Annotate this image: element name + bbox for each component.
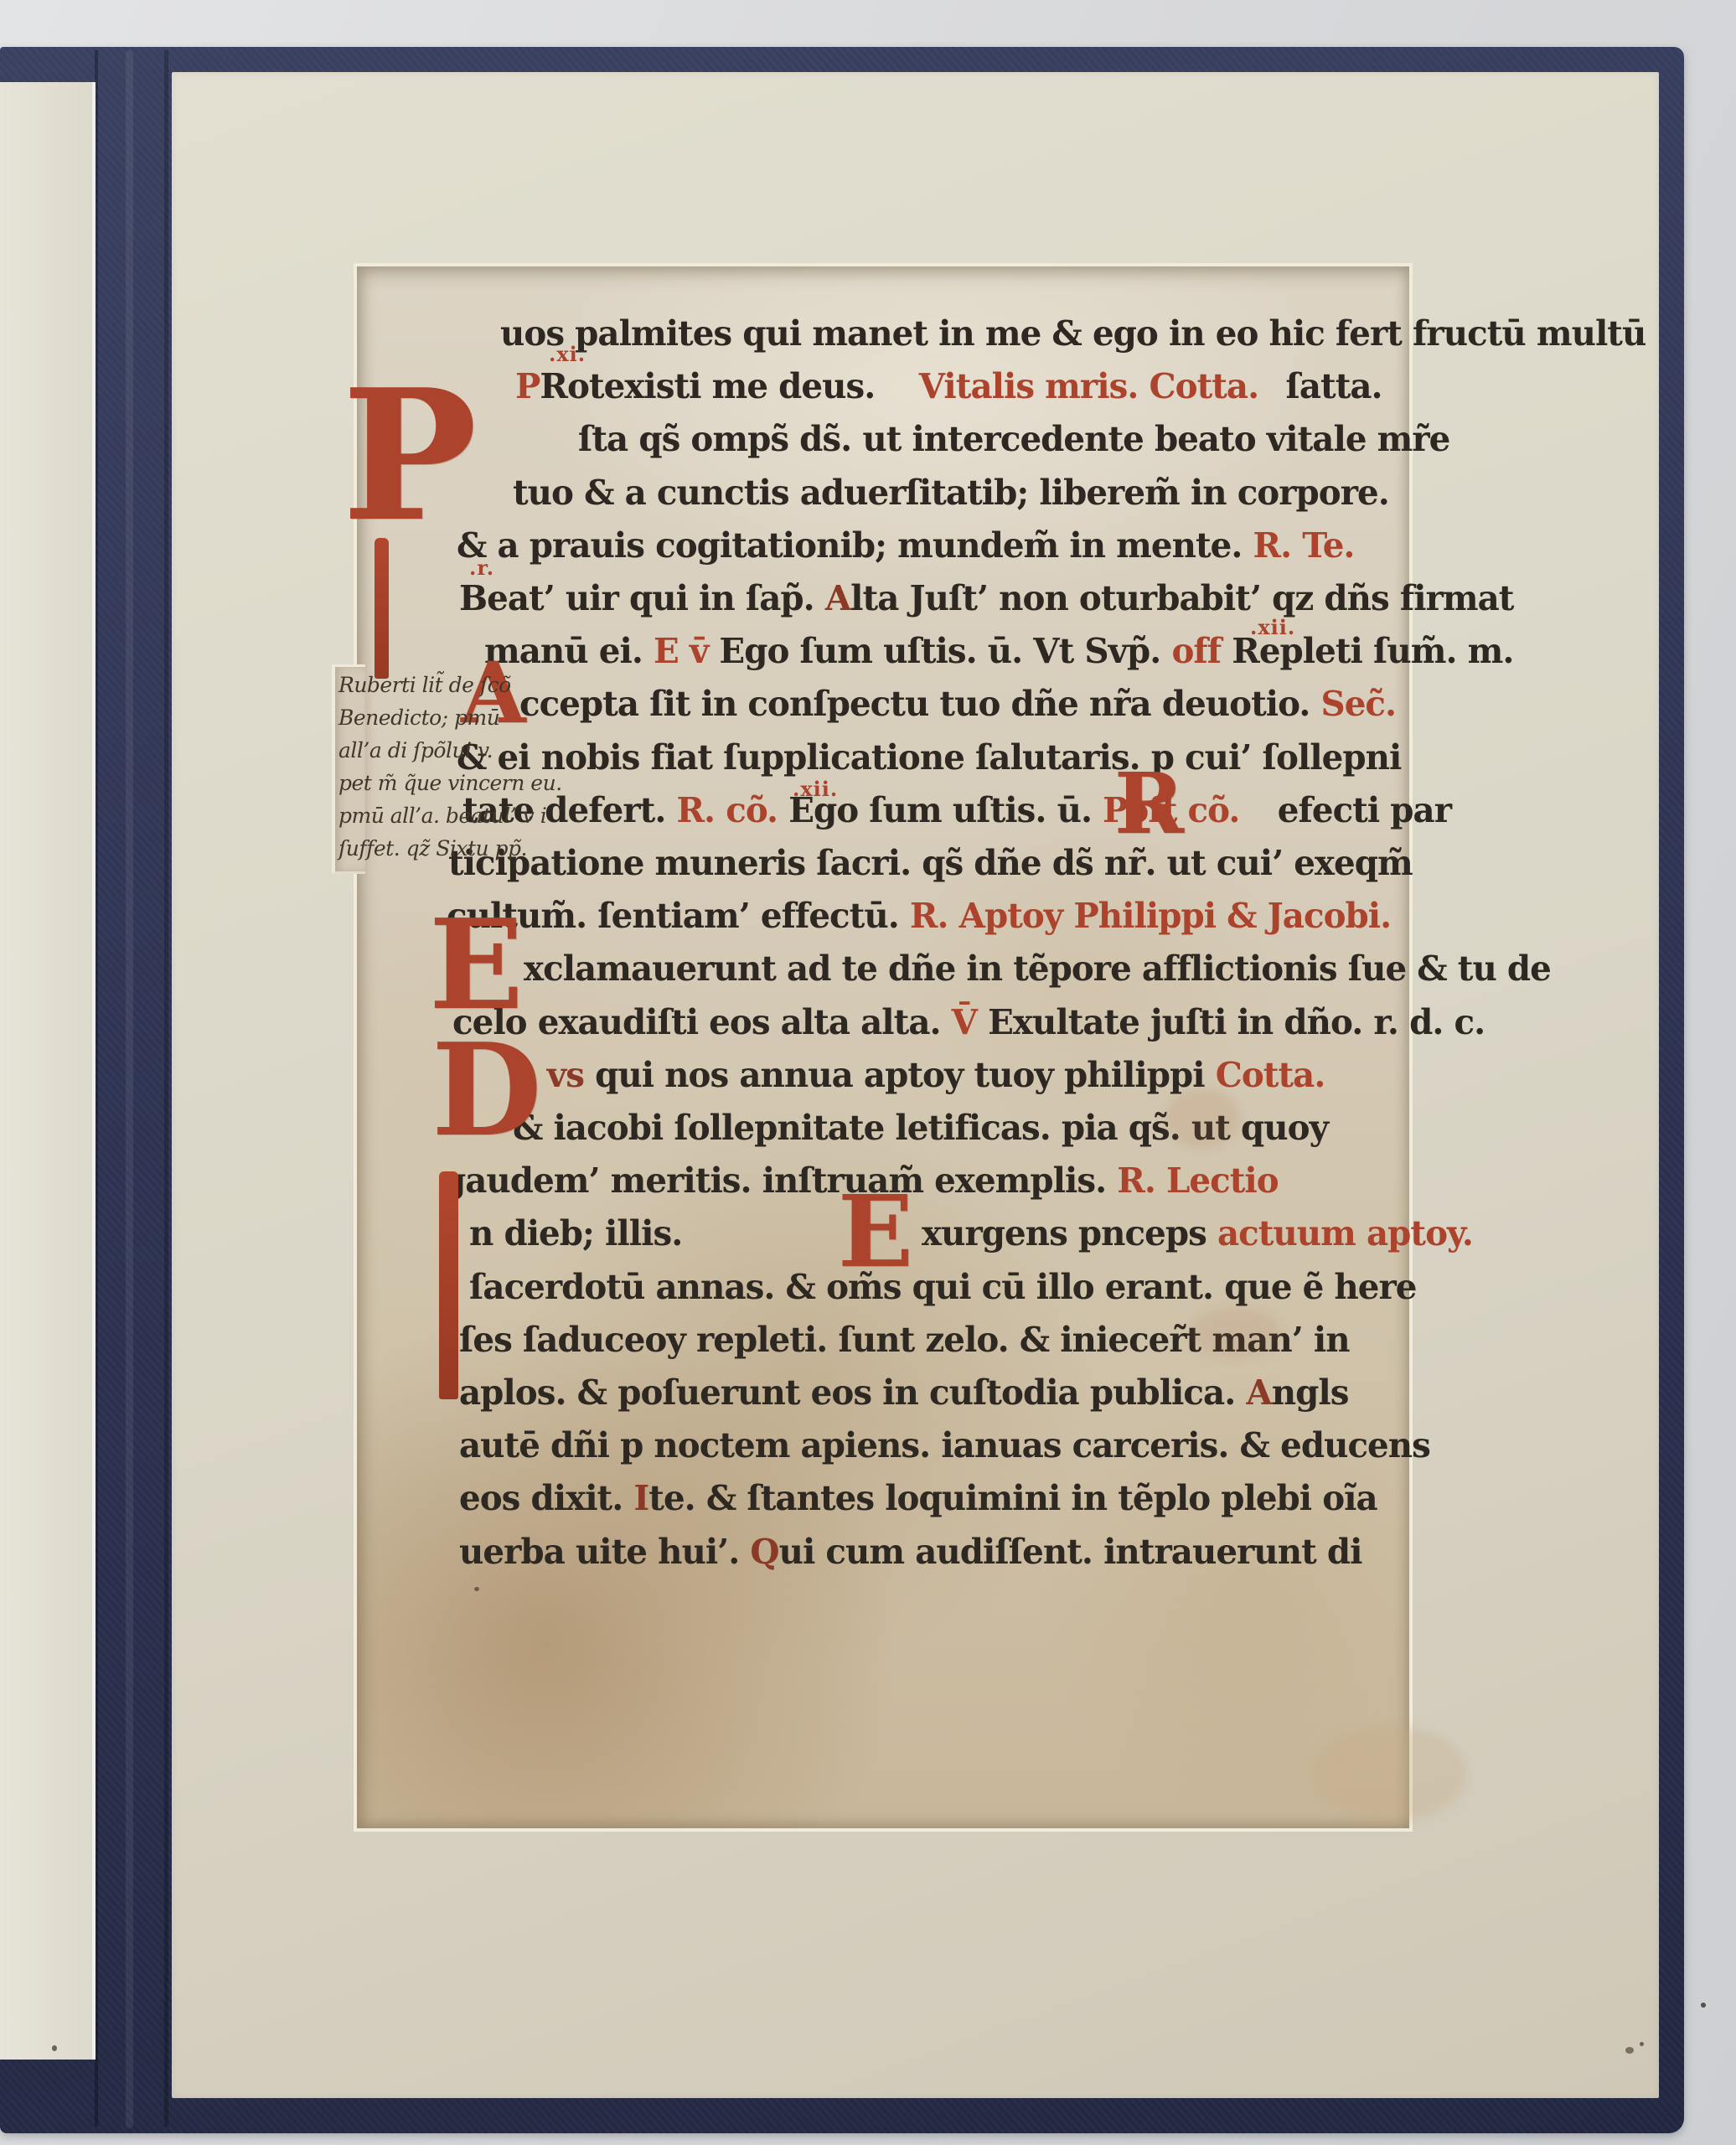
gloss-line: pet m̃ q̃ue vincern eu.	[338, 767, 562, 799]
body-text: n dieb; illis.	[469, 1213, 682, 1253]
illuminated-initial-e: E	[838, 1193, 913, 1270]
gloss-line: pmū all’a. beatul’ v i	[338, 799, 562, 832]
rubric-text: off	[1171, 631, 1232, 671]
rubric-text: Cotta.	[1216, 1055, 1325, 1095]
body-text: Ego ſum uſtis. ū. Vt Svp̃.	[719, 631, 1171, 671]
text-line: autē dñi p noctem apiens. ianuas carceri…	[459, 1425, 1430, 1466]
gloss-line: ſuffet. qz̃ Sixtu pp̃.	[338, 832, 562, 865]
illuminated-initial-e: E	[429, 917, 524, 1013]
rubric-text: V̄	[952, 1002, 988, 1042]
body-text: xclamauerunt ad te dñe in tẽpore afflict…	[524, 948, 1551, 989]
rubric-text: E v̄	[654, 631, 719, 671]
rubric-text: R. Aptoy Philippi & Jacobi.	[910, 896, 1391, 936]
body-text: tuo & a cunctis aduerſitatib; liberem̃ i…	[513, 473, 1389, 513]
body-text: ngls	[1272, 1372, 1349, 1413]
body-text: te. & ſtantes loquimini in tẽplo plebi o…	[648, 1478, 1377, 1518]
rubric-text: Sec̃.	[1321, 684, 1397, 724]
dust-speck	[1625, 2047, 1634, 2054]
body-text: uos palmites qui manet in me & ego in eo…	[500, 313, 1646, 354]
left-cover-pastedown	[0, 82, 96, 2060]
rubric-text: Vitalis mris. Cotta.	[919, 366, 1258, 406]
text-line: eos dixit. Ite. & ſtantes loquimini in t…	[459, 1478, 1377, 1519]
dust-speck	[1640, 2042, 1644, 2046]
rubric-superscript: .xi.	[549, 342, 586, 366]
body-text: vs	[547, 1055, 584, 1095]
text-line: n dieb; illis.	[469, 1213, 682, 1254]
text-line: Beat’ uir qui in ſap̃. Alta Juſt’ non ot…	[459, 578, 1513, 619]
text-line: xclamauerunt ad te dñe in tẽpore afflict…	[524, 948, 1551, 990]
dust-speck	[1701, 2003, 1706, 2008]
illuminated-initial-r: R	[1114, 771, 1184, 836]
body-text: gaudem’ meritis. inſtruam̃ exemplis.	[442, 1160, 1117, 1201]
surface-stain	[1190, 1307, 1282, 1357]
text-line: ſacerdotū annas. & om̃s qui cū illo eran…	[469, 1267, 1416, 1308]
surface-stain	[1311, 1726, 1466, 1822]
rubric-text: P	[515, 366, 540, 406]
body-text: Exultate juſti in dño. r. d. c.	[988, 1002, 1485, 1042]
body-text: A	[825, 578, 850, 618]
body-text: uerba uite hui’.	[459, 1532, 750, 1572]
text-line: tate defert. R. cõ. Ego ſum uſtis. ū. Po…	[462, 790, 1451, 831]
body-text: eos dixit.	[459, 1478, 633, 1518]
body-text: Q	[750, 1532, 778, 1572]
text-line: ccepta ſit in conſpectu tuo dñe nr̃a deu…	[519, 684, 1396, 725]
hinge-crease-right	[164, 50, 168, 2127]
body-text: qui nos annua aptoy tuoy philippi	[584, 1055, 1216, 1095]
text-line: & ei nobis fiat ſupplicatione ſalutaris.…	[457, 737, 1401, 778]
photo-scene: uos palmites qui manet in me & ego in eo…	[0, 0, 1736, 2145]
rubric-text: R. Lectio	[1117, 1160, 1278, 1201]
body-text: & ei nobis fiat ſupplicatione ſalutaris.…	[457, 737, 1401, 778]
gloss-line: Ruberti lit̃ de ſcõ	[338, 669, 562, 701]
text-line: tuo & a cunctis aduerſitatib; liberem̃ i…	[513, 473, 1389, 514]
illuminated-initial-d: D	[431, 1041, 542, 1140]
text-line: manū ei. E v̄ Ego ſum uſtis. ū. Vt Svp̃.…	[484, 631, 1513, 672]
text-line: ſta qs̃ omps̃ ds̃. ut intercedente beato…	[578, 419, 1449, 460]
dust-speck	[52, 2045, 57, 2051]
hinge-ridge	[126, 50, 133, 2128]
text-line: PRotexisti me deus. Vitalis mris. Cotta.…	[515, 366, 1382, 407]
marginal-gloss: Ruberti lit̃ de ſcõBenedicto; pmūall’a d…	[338, 669, 562, 865]
dust-speck	[474, 1587, 479, 1591]
body-text: & a prauis cogitationib; mundem̃ in ment…	[457, 525, 1253, 566]
text-line: celo exaudiſti eos alta alta. V̄ Exultat…	[452, 1002, 1485, 1043]
text-line: cultum̃. ſentiam’ effectū. R. Aptoy Phil…	[447, 896, 1391, 937]
body-text: Beat’ uir qui in ſap̃.	[459, 578, 825, 618]
body-text: I	[633, 1478, 648, 1518]
body-text: aplos. & poſuerunt eos in cuſtodia publi…	[459, 1372, 1246, 1413]
body-text: ſacerdotū annas. & om̃s qui cū illo eran…	[469, 1267, 1416, 1307]
body-text: efecti par	[1250, 790, 1451, 830]
body-text: A	[1246, 1372, 1271, 1413]
gloss-line: all’a di ſpõlui v.	[338, 734, 562, 767]
body-text: lta Juſt’ non oturbabit’ qz dñs firmat	[850, 578, 1513, 618]
initial-stem-bar	[439, 1171, 458, 1399]
text-line: ticipatione muneris ſacri. qs̃ dñe ds̃ n…	[448, 843, 1413, 884]
rubric-superscript: .r.	[469, 556, 494, 580]
body-text: autē dñi p noctem apiens. ianuas carceri…	[459, 1425, 1430, 1465]
rubric-text: R. Te.	[1253, 525, 1355, 566]
surface-stain	[1165, 1089, 1240, 1148]
text-line: & a prauis cogitationib; mundem̃ in ment…	[457, 525, 1354, 566]
text-line: uos palmites qui manet in me & ego in eo…	[500, 313, 1646, 354]
text-line: aplos. & poſuerunt eos in cuſtodia publi…	[459, 1372, 1348, 1414]
body-text: ui cum audiſſent. intrauerunt di	[779, 1532, 1362, 1572]
text-line: xurgens pnceps actuum aptoy.	[922, 1213, 1473, 1254]
gloss-line: Benedicto; pmū	[338, 701, 562, 734]
illuminated-initial-p: P	[342, 385, 478, 526]
body-text: ſatta.	[1258, 366, 1382, 406]
body-text: ticipatione muneris ſacri. qs̃ dñe ds̃ n…	[448, 843, 1413, 883]
body-text: ccepta ſit in conſpectu tuo dñe nr̃a deu…	[519, 684, 1321, 724]
text-line: uerba uite hui’. Qui cum audiſſent. intr…	[459, 1532, 1361, 1573]
body-text: Rotexisti me deus.	[540, 366, 918, 406]
initial-stem-bar	[375, 538, 389, 679]
rubric-superscript: .xii.	[793, 777, 838, 801]
rubric-text: R. cõ.	[676, 790, 788, 830]
rubric-text: actuum aptoy.	[1217, 1213, 1473, 1253]
body-text: xurgens pnceps	[922, 1213, 1217, 1253]
rubric-superscript: .xii.	[1250, 615, 1295, 639]
body-text: ſta qs̃ omps̃ ds̃. ut intercedente beato…	[578, 419, 1449, 459]
